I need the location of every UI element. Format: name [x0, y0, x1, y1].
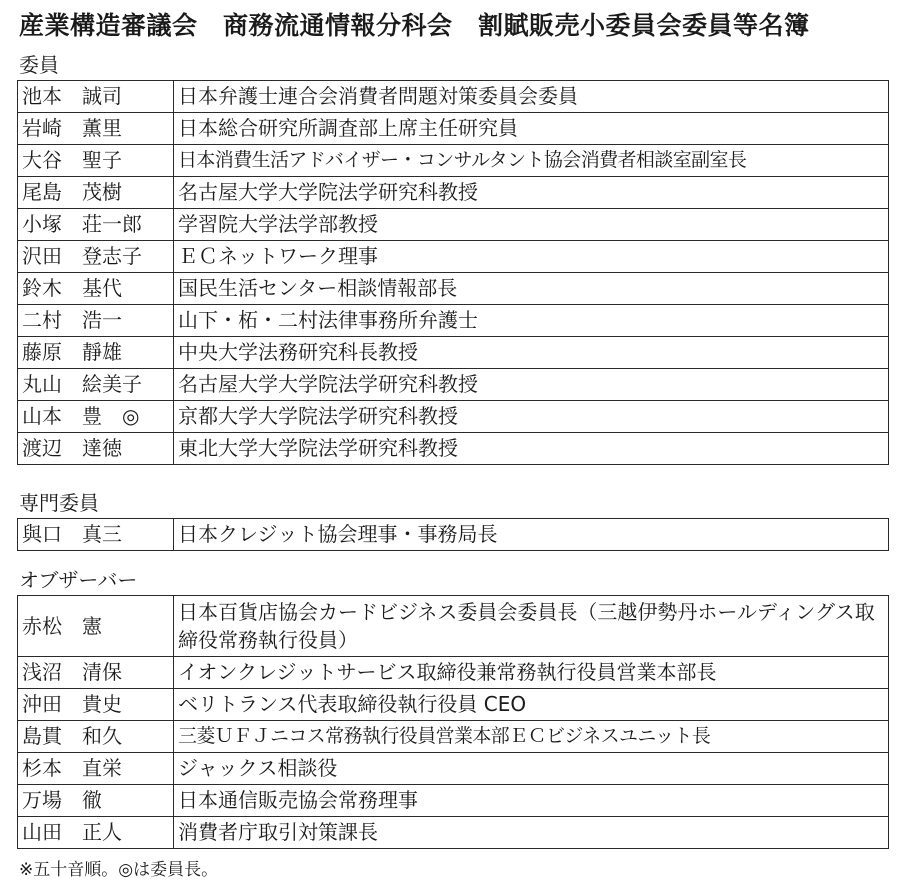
member-affiliation: 学習院大学法学部教授: [174, 209, 889, 241]
observers-table: 赤松 憲日本百貨店協会カードビジネス委員会委員長（三越伊勢丹ホールディングス取締…: [17, 595, 889, 849]
member-affiliation: 京都大学大学院法学研究科教授: [174, 401, 889, 433]
member-affiliation: 日本通信販売協会常務理事: [174, 785, 889, 817]
table-row: 藤原 靜雄中央大学法務研究科長教授: [18, 337, 889, 369]
member-affiliation: ベリトランス代表取締役執行役員 CEO: [174, 689, 889, 721]
member-affiliation: 日本消費生活アドバイザー・コンサルタント協会消費者相談室副室長: [174, 145, 889, 177]
table-row-chair: 山本 豊 ◎京都大学大学院法学研究科教授: [18, 401, 889, 433]
table-row: 沢田 登志子ＥＣネットワーク理事: [18, 241, 889, 273]
member-name: 沢田 登志子: [18, 241, 174, 273]
table-row: 鈴木 基代国民生活センター相談情報部長: [18, 273, 889, 305]
member-name: 藤原 靜雄: [18, 337, 174, 369]
table-row: 島貫 和久三菱ＵＦＪニコス常務執行役員営業本部ＥＣビジネスユニット長: [18, 721, 889, 753]
member-affiliation: 日本弁護士連合会消費者問題対策委員会委員: [174, 81, 889, 113]
member-affiliation: ジャックス相談役: [174, 753, 889, 785]
table-row: 丸山 絵美子名古屋大学大学院法学研究科教授: [18, 369, 889, 401]
table-row: 與口 真三日本クレジット協会理事・事務局長: [18, 519, 889, 551]
table-row: 浅沼 清保イオンクレジットサービス取締役兼常務執行役員営業本部長: [18, 657, 889, 689]
table-row: 岩崎 薫里日本総合研究所調査部上席主任研究員: [18, 113, 889, 145]
member-name: 島貫 和久: [18, 721, 174, 753]
table-row: 尾島 茂樹名古屋大学大学院法学研究科教授: [18, 177, 889, 209]
member-name: 鈴木 基代: [18, 273, 174, 305]
section-label-expert-members: 専門委員: [19, 490, 99, 516]
member-name: 小塚 荘一郎: [18, 209, 174, 241]
table-row: 池本 誠司日本弁護士連合会消費者問題対策委員会委員: [18, 81, 889, 113]
member-affiliation: イオンクレジットサービス取締役兼常務執行役員営業本部長: [174, 657, 889, 689]
member-name: 與口 真三: [18, 519, 174, 551]
section-label-members: 委員: [19, 52, 59, 78]
table-row: 沖田 貴史ベリトランス代表取締役執行役員 CEO: [18, 689, 889, 721]
document-title: 産業構造審議会 商務流通情報分科会 割賦販売小委員会委員等名簿: [19, 8, 810, 44]
member-affiliation: 日本百貨店協会カードビジネス委員会委員長（三越伊勢丹ホールディングス取締役常務執…: [174, 596, 889, 657]
member-name: 浅沼 清保: [18, 657, 174, 689]
table-row: 小塚 荘一郎学習院大学法学部教授: [18, 209, 889, 241]
member-name: 大谷 聖子: [18, 145, 174, 177]
member-affiliation: 三菱ＵＦＪニコス常務執行役員営業本部ＥＣビジネスユニット長: [174, 721, 889, 753]
table-row: 渡辺 達徳東北大学大学院法学研究科教授: [18, 433, 889, 465]
member-name: 渡辺 達徳: [18, 433, 174, 465]
table-row: 二村 浩一山下・柘・二村法律事務所弁護士: [18, 305, 889, 337]
table-row: 杉本 直栄ジャックス相談役: [18, 753, 889, 785]
member-affiliation: 名古屋大学大学院法学研究科教授: [174, 369, 889, 401]
member-name: 山田 正人: [18, 817, 174, 849]
table-row: 万場 徹日本通信販売協会常務理事: [18, 785, 889, 817]
table-row: 大谷 聖子日本消費生活アドバイザー・コンサルタント協会消費者相談室副室長: [18, 145, 889, 177]
member-affiliation: ＥＣネットワーク理事: [174, 241, 889, 273]
member-name: 岩崎 薫里: [18, 113, 174, 145]
member-name: 杉本 直栄: [18, 753, 174, 785]
member-name: 丸山 絵美子: [18, 369, 174, 401]
member-name-chair: 山本 豊 ◎: [18, 401, 174, 433]
member-affiliation: 名古屋大学大学院法学研究科教授: [174, 177, 889, 209]
member-name: 沖田 貴史: [18, 689, 174, 721]
member-name: 尾島 茂樹: [18, 177, 174, 209]
member-name: 池本 誠司: [18, 81, 174, 113]
section-label-observers: オブザーバー: [19, 567, 137, 593]
member-affiliation: 山下・柘・二村法律事務所弁護士: [174, 305, 889, 337]
table-row: 山田 正人消費者庁取引対策課長: [18, 817, 889, 849]
members-table: 池本 誠司日本弁護士連合会消費者問題対策委員会委員 岩崎 薫里日本総合研究所調査…: [17, 80, 889, 465]
member-name: 赤松 憲: [18, 596, 174, 657]
member-name: 万場 徹: [18, 785, 174, 817]
expert-members-table: 與口 真三日本クレジット協会理事・事務局長: [17, 518, 889, 551]
member-affiliation: 消費者庁取引対策課長: [174, 817, 889, 849]
member-affiliation: 東北大学大学院法学研究科教授: [174, 433, 889, 465]
member-name: 二村 浩一: [18, 305, 174, 337]
table-row: 赤松 憲日本百貨店協会カードビジネス委員会委員長（三越伊勢丹ホールディングス取締…: [18, 596, 889, 657]
member-affiliation: 日本クレジット協会理事・事務局長: [174, 519, 889, 551]
member-affiliation: 日本総合研究所調査部上席主任研究員: [174, 113, 889, 145]
member-affiliation: 中央大学法務研究科長教授: [174, 337, 889, 369]
member-affiliation: 国民生活センター相談情報部長: [174, 273, 889, 305]
footnote: ※五十音順。◎は委員長。: [19, 858, 218, 882]
